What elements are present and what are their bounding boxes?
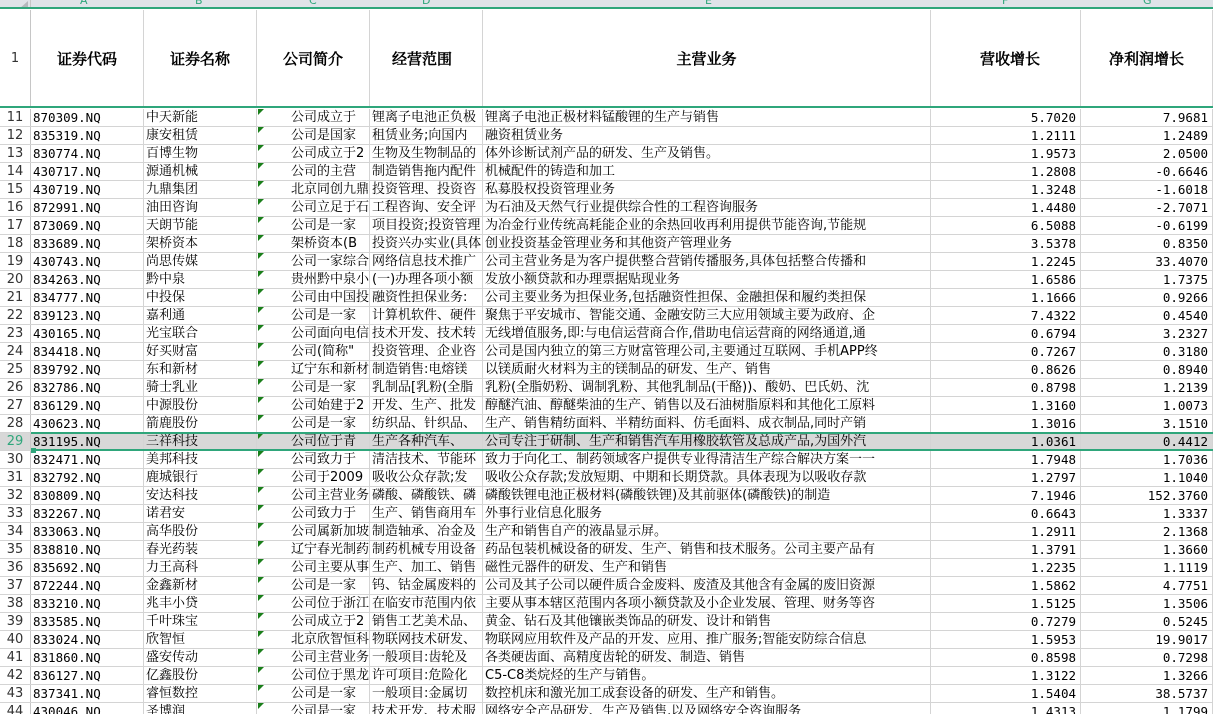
column-letter-a[interactable]: A [80, 0, 88, 7]
cell-security-name[interactable]: 盛安传动 [144, 649, 257, 666]
row-number[interactable]: 41 [0, 649, 31, 666]
cell-company-intro[interactable]: 公司立足于石 [257, 199, 370, 216]
cell-profit-growth[interactable]: 19.9017 [1081, 631, 1213, 648]
cell-security-code[interactable]: 837341.NQ [31, 685, 144, 702]
cell-revenue-growth[interactable]: 1.9573 [931, 145, 1081, 162]
cell-main-business[interactable]: 各类硬齿面、高精度齿轮的研发、制造、销售 [483, 649, 931, 666]
table-row[interactable]: 17873069.NQ天朗节能公司是一家项目投资;投资管理为冶金行业传统高耗能企… [0, 217, 1213, 235]
cell-revenue-growth[interactable]: 1.2235 [931, 559, 1081, 576]
table-row[interactable]: 21834777.NQ中投保公司由中国投融资性担保业务:公司主要业务为担保业务,… [0, 289, 1213, 307]
table-row[interactable]: 20834263.NQ黔中泉贵州黔中泉小(一)办理各项小额发放小额贷款和办理票据… [0, 271, 1213, 289]
row-number[interactable]: 33 [0, 505, 31, 522]
table-row[interactable]: 14430717.NQ源通机械公司的主营制造销售拖内配件机械配件的铸造和加工1.… [0, 163, 1213, 181]
cell-revenue-growth[interactable]: 1.3791 [931, 541, 1081, 558]
cell-business-scope[interactable]: (一)办理各项小额 [370, 271, 483, 288]
cell-company-intro[interactable]: 公司是一家 [257, 379, 370, 396]
cell-security-name[interactable]: 九鼎集团 [144, 181, 257, 198]
cell-security-name[interactable]: 美邦科技 [144, 451, 257, 468]
cell-company-intro[interactable]: 公司主要从事 [257, 559, 370, 576]
cell-profit-growth[interactable]: 1.1119 [1081, 559, 1213, 576]
cell-security-code[interactable]: 430719.NQ [31, 181, 144, 198]
cell-security-name[interactable]: 高华股份 [144, 523, 257, 540]
row-number[interactable]: 13 [0, 145, 31, 162]
cell-security-name[interactable]: 光宝联合 [144, 325, 257, 342]
header-cell-code[interactable]: 证券代码 [31, 10, 144, 106]
cell-business-scope[interactable]: 一般项目:金属切 [370, 685, 483, 702]
cell-profit-growth[interactable]: 0.3180 [1081, 343, 1213, 360]
cell-company-intro[interactable]: 公司始建于2 [257, 397, 370, 414]
cell-security-name[interactable]: 诺君安 [144, 505, 257, 522]
row-number[interactable]: 16 [0, 199, 31, 216]
cell-security-name[interactable]: 中天新能 [144, 109, 257, 126]
cell-security-code[interactable]: 839792.NQ [31, 361, 144, 378]
column-letter-e[interactable]: E [705, 0, 712, 7]
cell-security-name[interactable]: 鹿城银行 [144, 469, 257, 486]
cell-main-business[interactable]: 私募股权投资管理业务 [483, 181, 931, 198]
row-number[interactable]: 34 [0, 523, 31, 540]
cell-security-code[interactable]: 830809.NQ [31, 487, 144, 504]
cell-company-intro[interactable]: 公司位于青 [257, 433, 370, 450]
cell-revenue-growth[interactable]: 1.2245 [931, 253, 1081, 270]
row-number[interactable]: 31 [0, 469, 31, 486]
row-number[interactable]: 35 [0, 541, 31, 558]
cell-business-scope[interactable]: 投资管理、投资咨 [370, 181, 483, 198]
cell-business-scope[interactable]: 许可项目:危险化 [370, 667, 483, 684]
cell-security-code[interactable]: 835319.NQ [31, 127, 144, 144]
cell-main-business[interactable]: 公司是国内独立的第三方财富管理公司,主要通过互联网、手机APP终 [483, 343, 931, 360]
cell-profit-growth[interactable]: 0.4540 [1081, 307, 1213, 324]
cell-security-name[interactable]: 黔中泉 [144, 271, 257, 288]
cell-company-intro[interactable]: 公司的主营 [257, 163, 370, 180]
cell-profit-growth[interactable]: 1.2489 [1081, 127, 1213, 144]
cell-company-intro[interactable]: 公司主营业务 [257, 649, 370, 666]
cell-main-business[interactable]: 吸收公众存款;发放短期、中期和长期贷款。具体表现为以吸收存款 [483, 469, 931, 486]
cell-business-scope[interactable]: 钨、钴金属废料的 [370, 577, 483, 594]
cell-main-business[interactable]: 网络安全产品研发、生产及销售,以及网络安全咨询服务 [483, 703, 931, 714]
table-row[interactable]: 43837341.NQ睿恒数控公司是一家一般项目:金属切数控机床和激光加工成套设… [0, 685, 1213, 703]
cell-profit-growth[interactable]: -0.6646 [1081, 163, 1213, 180]
cell-company-intro[interactable]: 公司是一家 [257, 217, 370, 234]
cell-security-code[interactable]: 838810.NQ [31, 541, 144, 558]
row-number[interactable]: 38 [0, 595, 31, 612]
row-number[interactable]: 11 [0, 109, 31, 126]
cell-company-intro[interactable]: 公司是一家 [257, 577, 370, 594]
row-number[interactable]: 15 [0, 181, 31, 198]
column-letter-f[interactable]: F [1002, 0, 1008, 7]
cell-business-scope[interactable]: 租赁业务;向国内 [370, 127, 483, 144]
row-number[interactable]: 29 [0, 433, 31, 450]
cell-revenue-growth[interactable]: 7.1946 [931, 487, 1081, 504]
cell-business-scope[interactable]: 制药机械专用设备 [370, 541, 483, 558]
table-row[interactable]: 26832786.NQ骑士乳业公司是一家乳制品[乳粉(全脂乳粉(全脂奶粉、调制乳… [0, 379, 1213, 397]
cell-revenue-growth[interactable]: 1.5404 [931, 685, 1081, 702]
cell-revenue-growth[interactable]: 1.4313 [931, 703, 1081, 714]
cell-company-intro[interactable]: 公司成立于 [257, 109, 370, 126]
cell-business-scope[interactable]: 乳制品[乳粉(全脂 [370, 379, 483, 396]
table-row[interactable]: 25839792.NQ东和新材辽宁东和新材制造销售:电熔镁以镁质耐火材料为主的镁… [0, 361, 1213, 379]
cell-profit-growth[interactable]: 1.3506 [1081, 595, 1213, 612]
cell-main-business[interactable]: 发放小额贷款和办理票据贴现业务 [483, 271, 931, 288]
cell-profit-growth[interactable]: -1.6018 [1081, 181, 1213, 198]
header-cell-scope[interactable]: 经营范围 [370, 10, 483, 106]
cell-profit-growth[interactable]: 1.3660 [1081, 541, 1213, 558]
cell-business-scope[interactable]: 在临安市范围内依 [370, 595, 483, 612]
cell-profit-growth[interactable]: 7.9681 [1081, 109, 1213, 126]
cell-security-name[interactable]: 油田咨询 [144, 199, 257, 216]
cell-revenue-growth[interactable]: 1.2911 [931, 523, 1081, 540]
cell-main-business[interactable]: 为石油及天然气行业提供综合性的工程咨询服务 [483, 199, 931, 216]
cell-revenue-growth[interactable]: 1.2808 [931, 163, 1081, 180]
cell-profit-growth[interactable]: 0.7298 [1081, 649, 1213, 666]
cell-security-name[interactable]: 三祥科技 [144, 433, 257, 450]
cell-security-code[interactable]: 831195.NQ [31, 433, 144, 450]
cell-security-code[interactable]: 873069.NQ [31, 217, 144, 234]
cell-security-code[interactable]: 832471.NQ [31, 451, 144, 468]
row-number[interactable]: 17 [0, 217, 31, 234]
cell-company-intro[interactable]: 公司(简称" [257, 343, 370, 360]
cell-main-business[interactable]: 公司专注于研制、生产和销售汽车用橡胶软管及总成产品,为国外汽 [483, 433, 931, 450]
cell-company-intro[interactable]: 公司致力于 [257, 451, 370, 468]
cell-main-business[interactable]: 无线增值服务,即:与电信运营商合作,借助电信运营商的网络通道,通 [483, 325, 931, 342]
cell-security-name[interactable]: 架桥资本 [144, 235, 257, 252]
cell-security-name[interactable]: 春光药装 [144, 541, 257, 558]
table-row[interactable]: 30832471.NQ美邦科技公司致力于清洁技术、节能环致力于向化工、制药领域客… [0, 451, 1213, 469]
cell-profit-growth[interactable]: 1.2139 [1081, 379, 1213, 396]
cell-revenue-growth[interactable]: 1.3122 [931, 667, 1081, 684]
cell-security-code[interactable]: 430165.NQ [31, 325, 144, 342]
cell-business-scope[interactable]: 磷酸、磷酸铁、磷 [370, 487, 483, 504]
table-row[interactable]: 44430046.NQ圣博润公司是一家技术开发、技术服网络安全产品研发、生产及销… [0, 703, 1213, 714]
cell-revenue-growth[interactable]: 1.0361 [931, 433, 1081, 450]
cell-profit-growth[interactable]: 152.3760 [1081, 487, 1213, 504]
row-number[interactable]: 37 [0, 577, 31, 594]
cell-security-name[interactable]: 康安租赁 [144, 127, 257, 144]
cell-main-business[interactable]: 创业投资基金管理业务和其他资产管理业务 [483, 235, 931, 252]
cell-business-scope[interactable]: 锂离子电池正负极 [370, 109, 483, 126]
table-row[interactable]: 40833024.NQ欣智恒北京欣智恒科物联网技术研发、物联网应用软件及产品的开… [0, 631, 1213, 649]
cell-business-scope[interactable]: 网络信息技术推广 [370, 253, 483, 270]
cell-business-scope[interactable]: 生产、加工、销售 [370, 559, 483, 576]
cell-main-business[interactable]: 融资租赁业务 [483, 127, 931, 144]
table-row[interactable]: 38833210.NQ兆丰小贷公司位于浙江在临安市范围内依主要从事本辖区范围内各… [0, 595, 1213, 613]
cell-security-code[interactable]: 832786.NQ [31, 379, 144, 396]
cell-company-intro[interactable]: 辽宁春光制药 [257, 541, 370, 558]
cell-security-name[interactable]: 东和新材 [144, 361, 257, 378]
cell-security-name[interactable]: 力王高科 [144, 559, 257, 576]
cell-profit-growth[interactable]: 1.7036 [1081, 451, 1213, 468]
cell-main-business[interactable]: 物联网应用软件及产品的开发、应用、推广服务;智能安防综合信息 [483, 631, 931, 648]
cell-revenue-growth[interactable]: 0.6794 [931, 325, 1081, 342]
cell-revenue-growth[interactable]: 0.7279 [931, 613, 1081, 630]
cell-revenue-growth[interactable]: 1.3248 [931, 181, 1081, 198]
cell-company-intro[interactable]: 公司面向电信 [257, 325, 370, 342]
row-number[interactable]: 39 [0, 613, 31, 630]
cell-revenue-growth[interactable]: 3.5378 [931, 235, 1081, 252]
table-row[interactable]: 18833689.NQ架桥资本架桥资本(B投资兴办实业(具体创业投资基金管理业务… [0, 235, 1213, 253]
cell-company-intro[interactable]: 公司成立于2 [257, 145, 370, 162]
cell-profit-growth[interactable]: 2.1368 [1081, 523, 1213, 540]
header-cell-name[interactable]: 证券名称 [144, 10, 257, 106]
cell-company-intro[interactable]: 架桥资本(B [257, 235, 370, 252]
cell-business-scope[interactable]: 销售工艺美术品、 [370, 613, 483, 630]
cell-revenue-growth[interactable]: 6.5088 [931, 217, 1081, 234]
table-row[interactable]: 19430743.NQ尚思传媒公司一家综合网络信息技术推广公司主营业务是为客户提… [0, 253, 1213, 271]
cell-revenue-growth[interactable]: 0.8626 [931, 361, 1081, 378]
cell-company-intro[interactable]: 公司是一家 [257, 307, 370, 324]
row-number[interactable]: 25 [0, 361, 31, 378]
cell-company-intro[interactable]: 公司成立于2 [257, 613, 370, 630]
cell-company-intro[interactable]: 公司是一家 [257, 415, 370, 432]
cell-profit-growth[interactable]: 0.8940 [1081, 361, 1213, 378]
header-cell-business[interactable]: 主营业务 [483, 10, 931, 106]
row-number[interactable]: 1 [0, 10, 31, 106]
cell-business-scope[interactable]: 生产各种汽车、 [370, 433, 483, 450]
row-number[interactable]: 42 [0, 667, 31, 684]
row-number[interactable]: 28 [0, 415, 31, 432]
header-cell-profit-growth[interactable]: 净利润增长 [1081, 10, 1213, 106]
cell-business-scope[interactable]: 生物及生物制品的 [370, 145, 483, 162]
cell-company-intro[interactable]: 公司一家综合 [257, 253, 370, 270]
cell-security-name[interactable]: 尚思传媒 [144, 253, 257, 270]
cell-security-name[interactable]: 好买财富 [144, 343, 257, 360]
cell-company-intro[interactable]: 公司是国家 [257, 127, 370, 144]
cell-profit-growth[interactable]: 2.0500 [1081, 145, 1213, 162]
cell-main-business[interactable]: 公司及其子公司以硬件质合金废料、废渣及其他含有金属的废旧资源 [483, 577, 931, 594]
header-cell-revenue-growth[interactable]: 营收增长 [931, 10, 1081, 106]
cell-company-intro[interactable]: 公司于2009 [257, 469, 370, 486]
cell-profit-growth[interactable]: 0.4412 [1081, 433, 1213, 450]
cell-main-business[interactable]: 以镁质耐火材料为主的镁制品的研发、生产、销售 [483, 361, 931, 378]
cell-business-scope[interactable]: 技术开发、技术服 [370, 703, 483, 714]
cell-profit-growth[interactable]: 1.1799 [1081, 703, 1213, 714]
row-number[interactable]: 21 [0, 289, 31, 306]
cell-profit-growth[interactable]: 0.5245 [1081, 613, 1213, 630]
cell-main-business[interactable]: 醇醚汽油、醇醚柴油的生产、销售以及石油树脂原料和其他化工原料 [483, 397, 931, 414]
cell-main-business[interactable]: 公司主要业务为担保业务,包括融资性担保、金融担保和履约类担保 [483, 289, 931, 306]
cell-security-code[interactable]: 833024.NQ [31, 631, 144, 648]
table-row[interactable]: 42836127.NQ亿鑫股份公司位于黑龙许可项目:危险化C5-C8类烷烃的生产… [0, 667, 1213, 685]
cell-business-scope[interactable]: 纺织品、针织品、 [370, 415, 483, 432]
cell-business-scope[interactable]: 工程咨询、安全评 [370, 199, 483, 216]
cell-revenue-growth[interactable]: 1.5953 [931, 631, 1081, 648]
cell-security-name[interactable]: 中源股份 [144, 397, 257, 414]
cell-business-scope[interactable]: 制造销售拖内配件 [370, 163, 483, 180]
cell-main-business[interactable]: 外事行业信息化服务 [483, 505, 931, 522]
cell-main-business[interactable]: 磷酸铁锂电池正极材料(磷酸铁锂)及其前驱体(磷酸铁)的制造 [483, 487, 931, 504]
row-number[interactable]: 12 [0, 127, 31, 144]
cell-security-code[interactable]: 430046.NQ [31, 703, 144, 714]
cell-main-business[interactable]: 为冶金行业传统高耗能企业的余热回收再利用提供节能咨询,节能规 [483, 217, 931, 234]
table-row[interactable]: 27836129.NQ中源股份公司始建于2开发、生产、批发醇醚汽油、醇醚柴油的生… [0, 397, 1213, 415]
cell-business-scope[interactable]: 项目投资;投资管理 [370, 217, 483, 234]
cell-security-code[interactable]: 832792.NQ [31, 469, 144, 486]
cell-profit-growth[interactable]: 1.0073 [1081, 397, 1213, 414]
cell-business-scope[interactable]: 技术开发、技术转 [370, 325, 483, 342]
row-number[interactable]: 40 [0, 631, 31, 648]
table-row[interactable]: 15430719.NQ九鼎集团北京同创九鼎投资管理、投资咨私募股权投资管理业务1… [0, 181, 1213, 199]
cell-security-code[interactable]: 834263.NQ [31, 271, 144, 288]
cell-business-scope[interactable]: 制造轴承、冶金及 [370, 523, 483, 540]
row-number[interactable]: 32 [0, 487, 31, 504]
row-number[interactable]: 44 [0, 703, 31, 714]
table-row[interactable]: 41831860.NQ盛安传动公司主营业务一般项目:齿轮及各类硬齿面、高精度齿轮… [0, 649, 1213, 667]
cell-business-scope[interactable]: 开发、生产、批发 [370, 397, 483, 414]
column-letter-g[interactable]: G [1143, 0, 1152, 7]
table-row[interactable]: 29831195.NQ三祥科技公司位于青生产各种汽车、公司专注于研制、生产和销售… [0, 433, 1213, 451]
cell-security-code[interactable]: 834777.NQ [31, 289, 144, 306]
cell-main-business[interactable]: 黄金、钻石及其他镶嵌类饰品的研发、设计和销售 [483, 613, 931, 630]
cell-revenue-growth[interactable]: 1.7948 [931, 451, 1081, 468]
cell-main-business[interactable]: 聚焦于平安城市、智能交通、金融安防三大应用领域主要为政府、企 [483, 307, 931, 324]
cell-security-code[interactable]: 872991.NQ [31, 199, 144, 216]
cell-security-name[interactable]: 兆丰小贷 [144, 595, 257, 612]
table-row[interactable]: 36835692.NQ力王高科公司主要从事生产、加工、销售磁性元器件的研发、生产… [0, 559, 1213, 577]
cell-revenue-growth[interactable]: 1.6586 [931, 271, 1081, 288]
cell-main-business[interactable]: 乳粉(全脂奶粉、调制乳粉、其他乳制品(干酪))、酸奶、巴氏奶、沈 [483, 379, 931, 396]
cell-profit-growth[interactable]: 1.1040 [1081, 469, 1213, 486]
cell-revenue-growth[interactable]: 1.2797 [931, 469, 1081, 486]
cell-security-name[interactable]: 安达科技 [144, 487, 257, 504]
table-row[interactable]: 12835319.NQ康安租赁公司是国家租赁业务;向国内融资租赁业务1.2111… [0, 127, 1213, 145]
cell-business-scope[interactable]: 清洁技术、节能环 [370, 451, 483, 468]
table-row[interactable]: 31832792.NQ鹿城银行公司于2009吸收公众存款;发吸收公众存款;发放短… [0, 469, 1213, 487]
cell-security-code[interactable]: 833210.NQ [31, 595, 144, 612]
cell-security-name[interactable]: 金鑫新材 [144, 577, 257, 594]
cell-business-scope[interactable]: 物联网技术研发、 [370, 631, 483, 648]
cell-security-name[interactable]: 欣智恒 [144, 631, 257, 648]
cell-profit-growth[interactable]: 1.7375 [1081, 271, 1213, 288]
cell-main-business[interactable]: 主要从事本辖区范围内各项小额贷款及小企业发展、管理、财务等咨 [483, 595, 931, 612]
row-number[interactable]: 14 [0, 163, 31, 180]
cell-security-code[interactable]: 430623.NQ [31, 415, 144, 432]
cell-profit-growth[interactable]: 0.8350 [1081, 235, 1213, 252]
column-letter-b[interactable]: B [195, 0, 203, 7]
table-row[interactable]: 34833063.NQ高华股份公司属新加坡制造轴承、冶金及生产和销售自产的液晶显… [0, 523, 1213, 541]
cell-security-code[interactable]: 833063.NQ [31, 523, 144, 540]
cell-revenue-growth[interactable]: 1.3160 [931, 397, 1081, 414]
cell-profit-growth[interactable]: 38.5737 [1081, 685, 1213, 702]
cell-security-code[interactable]: 834418.NQ [31, 343, 144, 360]
row-number[interactable]: 43 [0, 685, 31, 702]
cell-business-scope[interactable]: 制造销售:电熔镁 [370, 361, 483, 378]
cell-main-business[interactable]: 机械配件的铸造和加工 [483, 163, 931, 180]
cell-security-name[interactable]: 千叶珠宝 [144, 613, 257, 630]
cell-company-intro[interactable]: 公司位于黑龙 [257, 667, 370, 684]
row-number[interactable]: 36 [0, 559, 31, 576]
table-row[interactable]: 22839123.NQ嘉利通公司是一家计算机软件、硬件聚焦于平安城市、智能交通、… [0, 307, 1213, 325]
cell-business-scope[interactable]: 计算机软件、硬件 [370, 307, 483, 324]
row-number[interactable]: 26 [0, 379, 31, 396]
cell-security-name[interactable]: 箭鹿股份 [144, 415, 257, 432]
row-number[interactable]: 20 [0, 271, 31, 288]
cell-revenue-growth[interactable]: 1.2111 [931, 127, 1081, 144]
table-row[interactable]: 24834418.NQ好买财富公司(简称"投资管理、企业咨公司是国内独立的第三方… [0, 343, 1213, 361]
cell-security-name[interactable]: 亿鑫股份 [144, 667, 257, 684]
cell-main-business[interactable]: 生产、销售精纺面料、半精纺面料、仿毛面料、成衣制品,同时产销 [483, 415, 931, 432]
cell-revenue-growth[interactable]: 0.8598 [931, 649, 1081, 666]
cell-security-name[interactable]: 天朗节能 [144, 217, 257, 234]
table-row[interactable]: 13830774.NQ百博生物公司成立于2生物及生物制品的体外诊断试剂产品的研发… [0, 145, 1213, 163]
cell-revenue-growth[interactable]: 0.6643 [931, 505, 1081, 522]
row-number[interactable]: 22 [0, 307, 31, 324]
cell-security-code[interactable]: 839123.NQ [31, 307, 144, 324]
cell-revenue-growth[interactable]: 0.7267 [931, 343, 1081, 360]
cell-company-intro[interactable]: 北京欣智恒科 [257, 631, 370, 648]
cell-business-scope[interactable]: 吸收公众存款;发 [370, 469, 483, 486]
cell-business-scope[interactable]: 投资管理、企业咨 [370, 343, 483, 360]
cell-security-name[interactable]: 源通机械 [144, 163, 257, 180]
cell-security-code[interactable]: 872244.NQ [31, 577, 144, 594]
cell-security-code[interactable]: 833689.NQ [31, 235, 144, 252]
cell-security-name[interactable]: 嘉利通 [144, 307, 257, 324]
cell-security-code[interactable]: 870309.NQ [31, 109, 144, 126]
cell-security-code[interactable]: 832267.NQ [31, 505, 144, 522]
cell-main-business[interactable]: 磁性元器件的研发、生产和销售 [483, 559, 931, 576]
table-row[interactable]: 23430165.NQ光宝联合公司面向电信技术开发、技术转无线增值服务,即:与电… [0, 325, 1213, 343]
cell-security-code[interactable]: 833585.NQ [31, 613, 144, 630]
cell-business-scope[interactable]: 生产、销售商用车 [370, 505, 483, 522]
cell-revenue-growth[interactable]: 1.3016 [931, 415, 1081, 432]
cell-profit-growth[interactable]: -0.6199 [1081, 217, 1213, 234]
cell-revenue-growth[interactable]: 0.8798 [931, 379, 1081, 396]
cell-security-name[interactable]: 圣博润 [144, 703, 257, 714]
table-row[interactable]: 16872991.NQ油田咨询公司立足于石工程咨询、安全评为石油及天然气行业提供… [0, 199, 1213, 217]
table-row[interactable]: 32830809.NQ安达科技公司主营业务磷酸、磷酸铁、磷磷酸铁锂电池正极材料(… [0, 487, 1213, 505]
cell-main-business[interactable]: 生产和销售自产的液晶显示屏。 [483, 523, 931, 540]
cell-revenue-growth[interactable]: 1.5862 [931, 577, 1081, 594]
cell-business-scope[interactable]: 一般项目:齿轮及 [370, 649, 483, 666]
table-row[interactable]: 33832267.NQ诺君安公司致力于生产、销售商用车外事行业信息化服务0.66… [0, 505, 1213, 523]
row-number[interactable]: 23 [0, 325, 31, 342]
cell-company-intro[interactable]: 公司属新加坡 [257, 523, 370, 540]
cell-main-business[interactable]: 数控机床和激光加工成套设备的研发、生产和销售。 [483, 685, 931, 702]
cell-security-name[interactable]: 骑士乳业 [144, 379, 257, 396]
cell-profit-growth[interactable]: 4.7751 [1081, 577, 1213, 594]
table-row[interactable]: 35838810.NQ春光药装辽宁春光制药制药机械专用设备药品包装机械设备的研发… [0, 541, 1213, 559]
cell-profit-growth[interactable]: 3.2327 [1081, 325, 1213, 342]
table-row[interactable]: 39833585.NQ千叶珠宝公司成立于2销售工艺美术品、黄金、钻石及其他镶嵌类… [0, 613, 1213, 631]
table-row[interactable]: 11870309.NQ中天新能公司成立于锂离子电池正负极锂离子电池正极材料锰酸锂… [0, 109, 1213, 127]
cell-main-business[interactable]: 药品包装机械设备的研发、生产、销售和技术服务。公司主要产品有 [483, 541, 931, 558]
table-row[interactable]: 28430623.NQ箭鹿股份公司是一家纺织品、针织品、生产、销售精纺面料、半精… [0, 415, 1213, 433]
cell-company-intro[interactable]: 公司位于浙江 [257, 595, 370, 612]
cell-security-code[interactable]: 836127.NQ [31, 667, 144, 684]
cell-revenue-growth[interactable]: 1.1666 [931, 289, 1081, 306]
cell-profit-growth[interactable]: 0.9266 [1081, 289, 1213, 306]
cell-main-business[interactable]: 致力于向化工、制药领域客户提供专业得清洁生产综合解决方案一一 [483, 451, 931, 468]
row-number[interactable]: 27 [0, 397, 31, 414]
cell-company-intro[interactable]: 公司主营业务 [257, 487, 370, 504]
cell-company-intro[interactable]: 贵州黔中泉小 [257, 271, 370, 288]
cell-profit-growth[interactable]: 33.4070 [1081, 253, 1213, 270]
cell-main-business[interactable]: C5-C8类烷烃的生产与销售。 [483, 667, 931, 684]
cell-security-name[interactable]: 中投保 [144, 289, 257, 306]
cell-company-intro[interactable]: 公司是一家 [257, 685, 370, 702]
cell-revenue-growth[interactable]: 7.4322 [931, 307, 1081, 324]
cell-profit-growth[interactable]: 3.1510 [1081, 415, 1213, 432]
cell-business-scope[interactable]: 融资性担保业务: [370, 289, 483, 306]
row-number[interactable]: 19 [0, 253, 31, 270]
cell-revenue-growth[interactable]: 1.4480 [931, 199, 1081, 216]
row-number[interactable]: 30 [0, 451, 31, 468]
cell-security-name[interactable]: 百博生物 [144, 145, 257, 162]
table-row[interactable]: 37872244.NQ金鑫新材公司是一家钨、钴金属废料的公司及其子公司以硬件质合… [0, 577, 1213, 595]
cell-security-code[interactable]: 830774.NQ [31, 145, 144, 162]
cell-main-business[interactable]: 公司主营业务是为客户提供整合营销传播服务,具体包括整合传播和 [483, 253, 931, 270]
cell-company-intro[interactable]: 北京同创九鼎 [257, 181, 370, 198]
cell-revenue-growth[interactable]: 1.5125 [931, 595, 1081, 612]
cell-security-code[interactable]: 430717.NQ [31, 163, 144, 180]
